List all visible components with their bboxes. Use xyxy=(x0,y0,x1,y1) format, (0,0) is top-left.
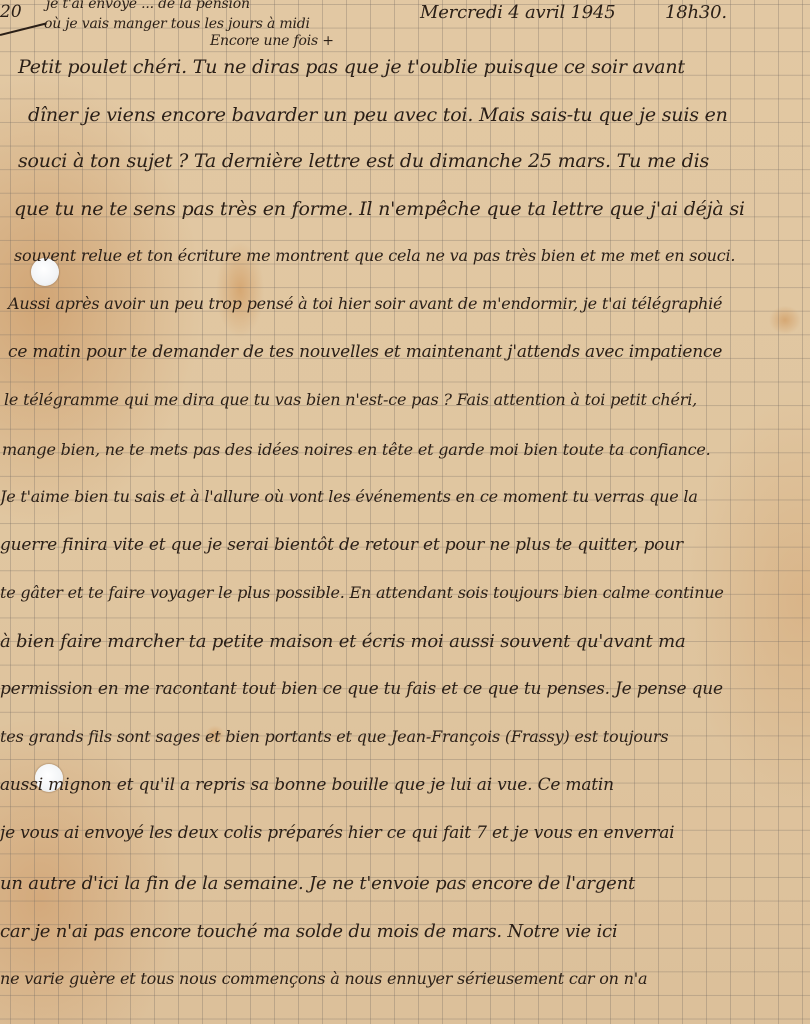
top-margin-note-line-1: je t'ai envoyé ... de la pension xyxy=(46,0,250,12)
body-line-12: te gâter et te faire voyager le plus pos… xyxy=(0,583,724,602)
body-line-16: aussi mignon et qu'il a repris sa bonne … xyxy=(0,775,614,795)
body-line-17: je vous ai envoyé les deux colis préparé… xyxy=(0,823,674,843)
page-number: 20 xyxy=(0,2,22,22)
body-line-6: Aussi après avoir un peu trop pensé à to… xyxy=(8,294,722,313)
body-line-13: à bien faire marcher ta petite maison et… xyxy=(0,631,686,652)
top-margin-note-line-2: où je vais manger tous les jours à midi xyxy=(44,16,310,32)
body-line-20: ne varie guère et tous nous commençons à… xyxy=(0,969,647,988)
body-line-4: que tu ne te sens pas très en forme. Il … xyxy=(14,198,745,220)
body-line-10: Je t'aime bien tu sais et à l'allure où … xyxy=(0,487,698,506)
body-line-14: permission en me racontant tout bien ce … xyxy=(0,679,723,699)
body-line-18: un autre d'ici la fin de la semaine. Je … xyxy=(0,873,635,894)
body-line-9: mange bien, ne te mets pas des idées noi… xyxy=(2,440,711,459)
body-line-1: Petit poulet chéri. Tu ne diras pas que … xyxy=(18,56,685,78)
body-line-2: dîner je viens encore bavarder un peu av… xyxy=(28,104,728,126)
body-line-7: ce matin pour te demander de tes nouvell… xyxy=(8,342,722,362)
letter-page: 20 je t'ai envoyé ... de la pension où j… xyxy=(0,0,810,1024)
interlinear-insertion: Encore une fois + xyxy=(210,33,334,49)
letter-time: 18h30. xyxy=(665,2,727,23)
body-line-15: tes grands fils sont sages et bien porta… xyxy=(0,727,668,746)
letter-date: Mercredi 4 avril 1945 xyxy=(420,2,616,23)
body-line-8: le télégramme qui me dira que tu vas bie… xyxy=(4,390,697,409)
body-line-5: souvent relue et ton écriture me montren… xyxy=(14,246,735,265)
body-line-3: souci à ton sujet ? Ta dernière lettre e… xyxy=(18,150,709,172)
body-line-19: car je n'ai pas encore touché ma solde d… xyxy=(0,921,618,942)
body-line-11: guerre finira vite et que je serai bient… xyxy=(0,535,683,555)
